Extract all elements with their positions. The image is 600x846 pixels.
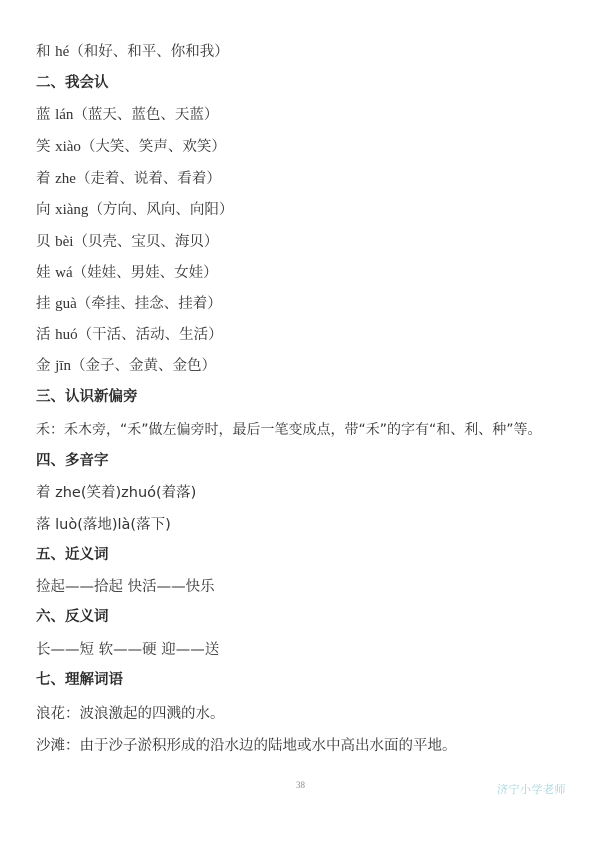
entry-words: （蓝天、蓝色、天蓝） — [73, 107, 218, 123]
entry-pinyin: huó — [55, 327, 78, 343]
entry-pinyin: bèi — [55, 234, 73, 250]
entry-line-bei: 贝 bèi（贝壳、宝贝、海贝） — [36, 232, 218, 252]
entry-char: 笑 — [36, 139, 51, 155]
entry-pinyin: guà — [55, 296, 77, 312]
polyphone-zhe: 着 zhe(笑着)zhuó(着落) — [36, 483, 196, 503]
entry-char: 蓝 — [36, 107, 51, 123]
entry-words: （和好、和平、你和我） — [69, 44, 229, 60]
radical-description: 禾：禾木旁，“禾”做左偏旁时，最后一笔变成点，带“禾”的字有“和、利、种”等。 — [36, 420, 542, 440]
polyphone-luo: 落 luò(落地)là(落下) — [36, 515, 171, 535]
entry-line-wa: 娃 wá（娃娃、男娃、女娃） — [36, 263, 218, 283]
entry-words: （娃娃、男娃、女娃） — [73, 265, 218, 281]
section-heading-antonyms: 六、反义词 — [36, 607, 109, 627]
entry-pinyin: wá — [55, 265, 73, 281]
section-heading-recognize: 二、我会认 — [36, 73, 109, 93]
vocab-langhua: 浪花：波浪激起的四溅的水。 — [36, 704, 225, 724]
section-heading-radicals: 三、认识新偏旁 — [36, 387, 138, 407]
entry-words: （干活、活动、生活） — [78, 327, 223, 343]
entry-pinyin: xiào — [55, 139, 81, 155]
entry-line-he: 和 hé（和好、和平、你和我） — [36, 42, 229, 62]
antonyms-list: 长——短 软——硬 迎——送 — [36, 640, 219, 660]
entry-words: （金子、金黄、金色） — [71, 358, 216, 374]
entry-pinyin: jīn — [55, 358, 71, 374]
entry-words: （大笑、笑声、欢笑） — [81, 139, 226, 155]
entry-line-gua: 挂 guà（牵挂、挂念、挂着） — [36, 294, 222, 314]
entry-words: （走着、说着、看着） — [76, 171, 221, 187]
section-heading-synonyms: 五、近义词 — [36, 545, 109, 565]
entry-line-lan: 蓝 lán（蓝天、蓝色、天蓝） — [36, 105, 218, 125]
entry-words: （牵挂、挂念、挂着） — [77, 296, 222, 312]
entry-char: 活 — [36, 327, 51, 343]
brand-watermark: 济宁小学老师 — [497, 781, 566, 797]
entry-line-zhe: 着 zhe（走着、说着、看着） — [36, 169, 221, 189]
entry-pinyin: lán — [55, 107, 73, 123]
entry-char: 和 — [36, 44, 51, 60]
entry-line-xiang: 向 xiàng（方向、风向、向阳） — [36, 200, 233, 220]
document-page: 和 hé（和好、和平、你和我） 二、我会认 蓝 lán（蓝天、蓝色、天蓝） 笑 … — [0, 0, 600, 846]
entry-line-xiao: 笑 xiào（大笑、笑声、欢笑） — [36, 137, 226, 157]
entry-pinyin: zhe — [55, 171, 76, 187]
entry-char: 挂 — [36, 296, 51, 312]
entry-char: 娃 — [36, 265, 51, 281]
synonyms-list: 捡起——拾起 快活——快乐 — [36, 577, 215, 597]
entry-pinyin: hé — [55, 44, 69, 60]
entry-words: （贝壳、宝贝、海贝） — [73, 234, 218, 250]
section-heading-vocabulary: 七、理解词语 — [36, 670, 123, 690]
entry-pinyin: xiàng — [55, 202, 88, 218]
entry-line-huo: 活 huó（干活、活动、生活） — [36, 325, 223, 345]
entry-words: （方向、风向、向阳） — [88, 202, 233, 218]
section-heading-polyphones: 四、多音字 — [36, 451, 109, 471]
page-number: 38 — [296, 780, 305, 790]
entry-char: 向 — [36, 202, 51, 218]
entry-char: 着 — [36, 171, 51, 187]
entry-char: 贝 — [36, 234, 51, 250]
entry-char: 金 — [36, 358, 51, 374]
entry-line-jin: 金 jīn（金子、金黄、金色） — [36, 356, 216, 376]
vocab-shatan: 沙滩：由于沙子淤积形成的沿水边的陆地或水中高出水面的平地。 — [36, 736, 457, 756]
